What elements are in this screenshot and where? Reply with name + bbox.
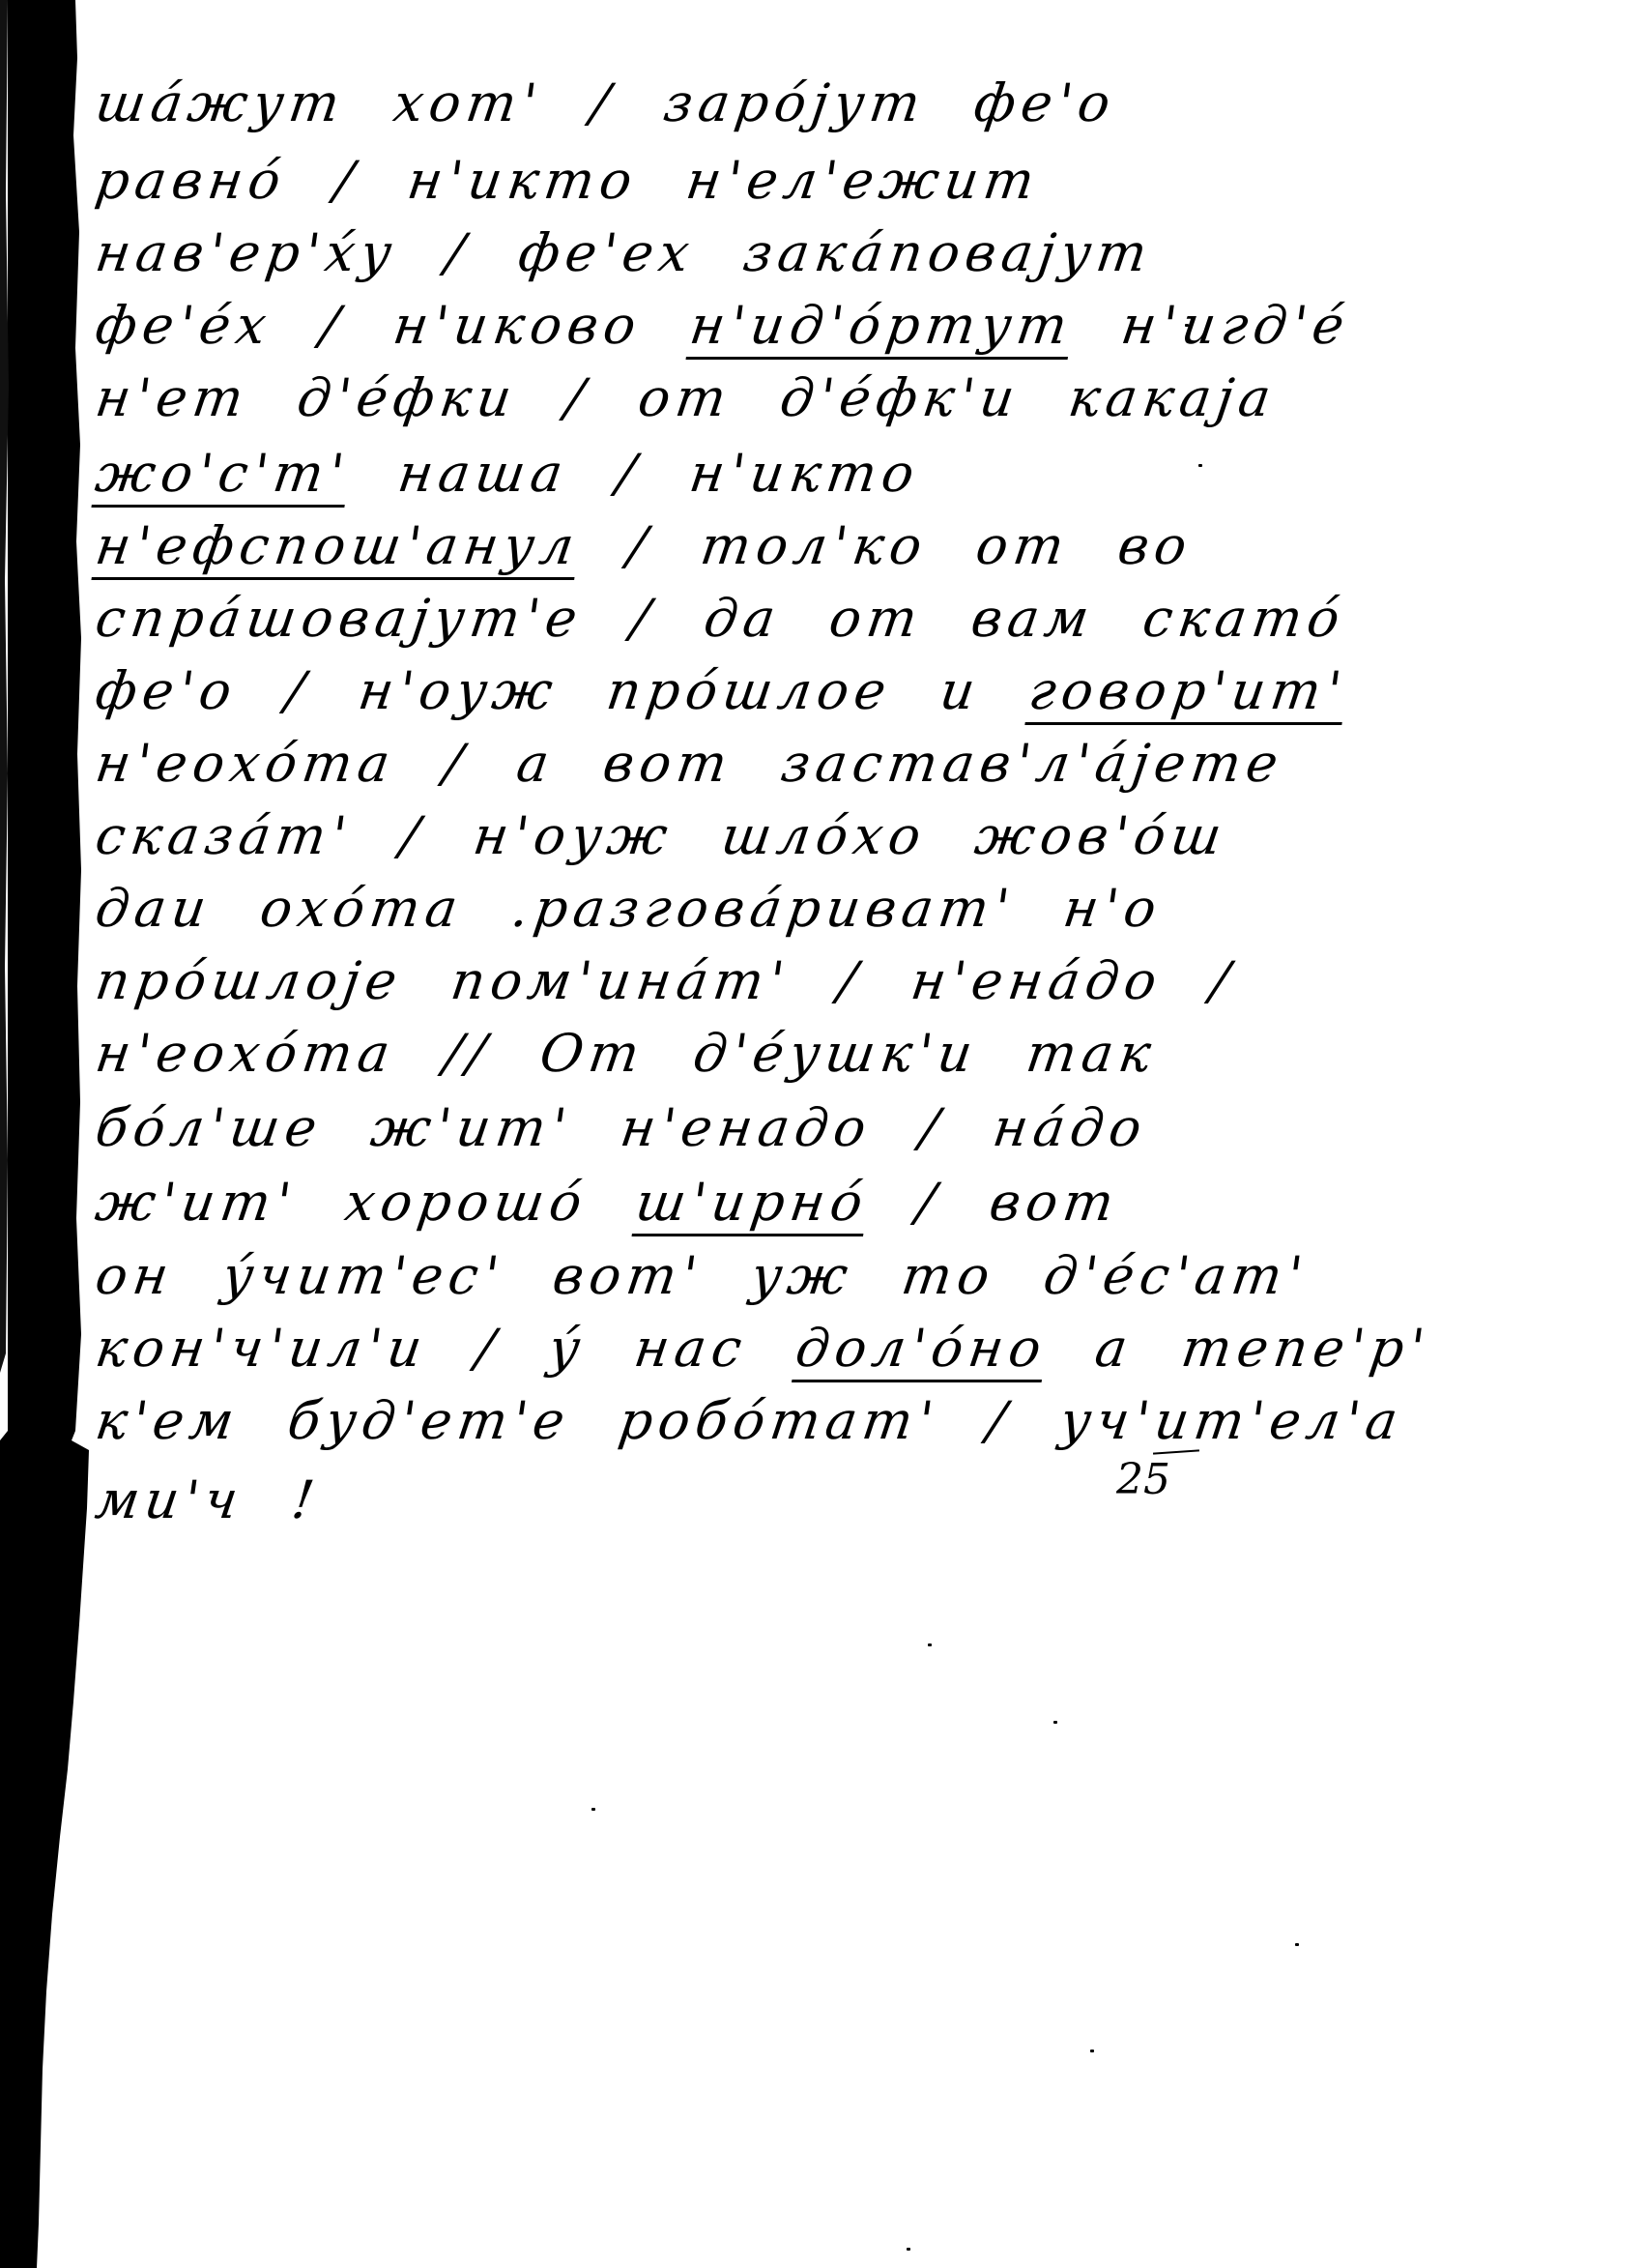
- page-number: 25: [1116, 1455, 1170, 1504]
- text-line-2: равнó / н'икто н'ел'ежит: [92, 150, 1044, 211]
- text-segment: фе'éх / н'иково: [92, 295, 695, 356]
- scan-speck: [591, 1808, 595, 1811]
- text-segment: н'еохóта / а вот застав'л'áјете: [92, 733, 1287, 794]
- text-segment: фе'о / н'оуж прóшлое и: [92, 660, 1034, 721]
- text-segment: н'игд'é: [1068, 295, 1354, 356]
- scan-speck: [1053, 1721, 1057, 1724]
- text-segment: прóшлоје пом'инáт' / н'енáдо /: [92, 950, 1239, 1011]
- text-line-9: фе'о / н'оуж прóшлое и говор'ит': [92, 660, 1351, 721]
- text-segment: бóл'ше ж'ит' н'енадо / нáдо: [92, 1097, 1151, 1158]
- text-line-5: н'ет д'éфки / от д'éфк'и какаја: [92, 367, 1280, 428]
- text-segment: наша / н'икто: [345, 443, 924, 504]
- text-segment: равнó / н'икто н'ел'ежит: [92, 150, 1044, 211]
- text-segment: нав'ер'х́у / фе'ех закáповајут: [92, 222, 1156, 283]
- text-segment: н'ет д'éфки / от д'éфк'и какаја: [92, 367, 1280, 428]
- text-line-8: спрáшоваjут'е / да от вам скатó: [92, 588, 1349, 649]
- text-line-7: н'ефспош'анул / тол'ко от во: [92, 515, 1196, 576]
- scan-speck: [928, 1643, 932, 1646]
- underlined-word: дол'óно: [793, 1318, 1051, 1379]
- text-line-18: кон'ч'ил'и / у́ нас дол'óно а тепе'р': [92, 1318, 1434, 1379]
- scan-speck: [1295, 1943, 1299, 1946]
- underlined-word: жо'с'т': [92, 443, 354, 504]
- scan-speck: [1185, 324, 1189, 327]
- scan-speck: [1090, 2050, 1094, 2052]
- text-line-19: к'ем буд'ет'е робóтат' / уч'ит'ел'а: [92, 1390, 1407, 1451]
- text-segment: он у́чит'ес' вот' уж то д'éс'ат': [92, 1245, 1312, 1306]
- text-line-6: жо'с'т' наша / н'икто: [92, 443, 924, 504]
- text-line-10: н'еохóта / а вот застав'л'áјете: [92, 733, 1287, 794]
- scan-speck: [907, 2248, 910, 2251]
- underlined-word: говор'ит': [1025, 660, 1351, 721]
- text-line-14: н'еохóта // От д'éушк'и так: [92, 1023, 1161, 1084]
- text-segment: а тепе'р': [1042, 1318, 1434, 1379]
- text-segment: ми'ч !: [92, 1469, 324, 1530]
- text-line-20: ми'ч !: [92, 1469, 324, 1530]
- text-segment: спрáшоваjут'е / да от вам скатó: [92, 588, 1349, 649]
- text-line-15: бóл'ше ж'ит' н'енадо / нáдо: [92, 1097, 1151, 1158]
- text-line-17: он у́чит'ес' вот' уж то д'éс'ат': [92, 1245, 1312, 1306]
- text-line-13: прóшлоје пом'инáт' / н'енáдо /: [92, 950, 1239, 1011]
- text-segment: сказáт' / н'оуж шлóхо жов'óш: [92, 805, 1231, 866]
- scan-speck: [1198, 464, 1202, 467]
- underlined-word: н'ид'óртут: [686, 295, 1077, 356]
- text-segment: ж'ит' хорошó: [92, 1172, 641, 1233]
- text-line-4: фе'éх / н'иково н'ид'óртут н'игд'é: [92, 295, 1354, 356]
- text-segment: / вот: [864, 1172, 1124, 1233]
- text-segment: / тол'ко от во: [575, 515, 1196, 576]
- text-line-12: даи охóта .разговáриват' н'о: [92, 878, 1166, 939]
- text-segment: к'ем буд'ет'е робóтат' / уч'ит'ел'а: [92, 1390, 1407, 1451]
- text-line-3: нав'ер'х́у / фе'ех закáповајут: [92, 222, 1156, 283]
- underlined-word: ш'ирнó: [632, 1172, 872, 1233]
- text-segment: кон'ч'ил'и / у́ нас: [92, 1318, 800, 1379]
- manuscript-page: шáжут хот' / зарóјут фе'о равнó / н'икто…: [0, 0, 1643, 2268]
- text-line-1: шáжут хот' / зарóјут фе'о: [92, 73, 1120, 133]
- text-line-11: сказáт' / н'оуж шлóхо жов'óш: [92, 805, 1231, 866]
- text-segment: даи охóта .разговáриват' н'о: [92, 878, 1166, 939]
- text-segment: шáжут хот' / зарóјут фе'о: [92, 73, 1120, 133]
- text-segment: н'еохóта // От д'éушк'и так: [92, 1023, 1161, 1084]
- text-line-16: ж'ит' хорошó ш'ирнó / вот: [92, 1172, 1123, 1233]
- underlined-word: н'ефспош'анул: [92, 515, 583, 576]
